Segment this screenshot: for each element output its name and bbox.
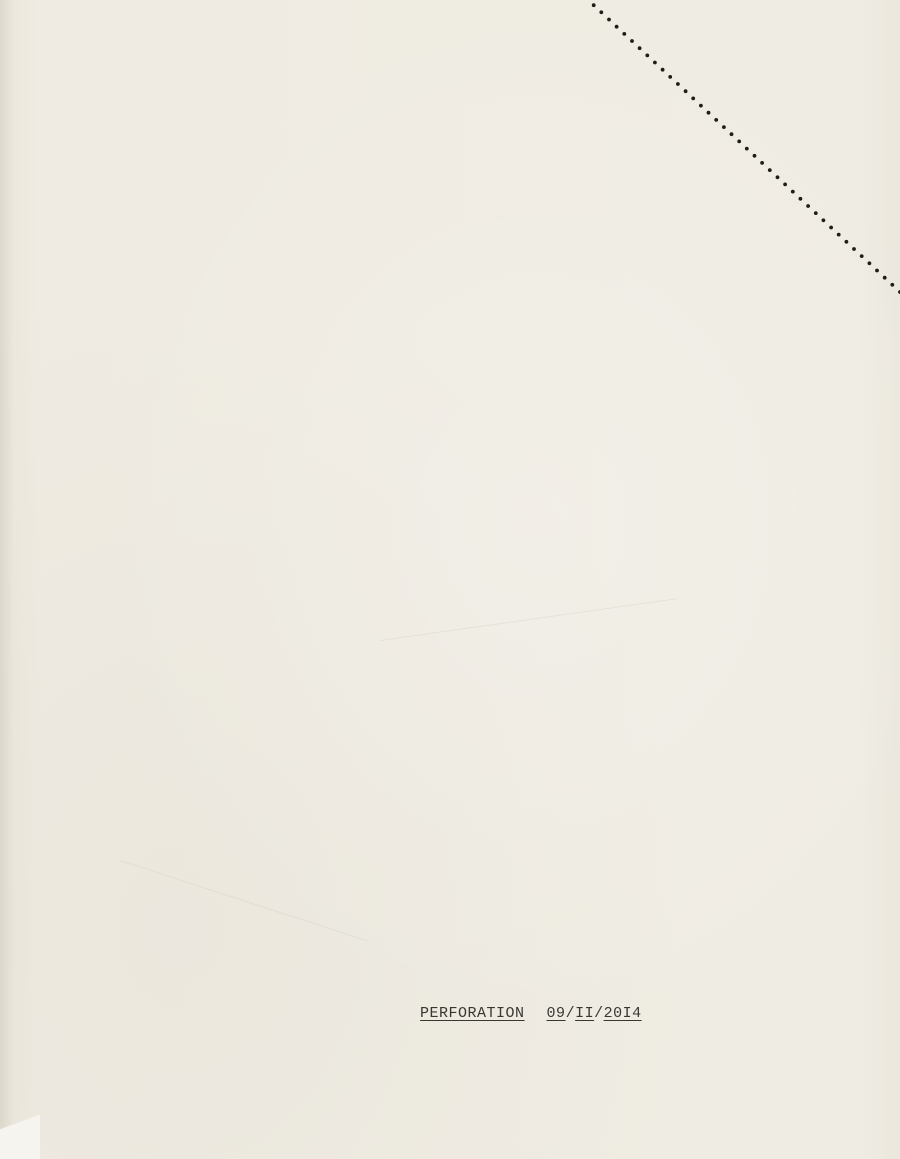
perforation-dot <box>622 32 626 36</box>
perforation-dot <box>684 89 688 93</box>
perforation-dot <box>737 140 741 144</box>
perforation-dot <box>845 240 849 244</box>
perforation-dot <box>707 111 711 115</box>
caption-label: PERFORATION <box>420 1005 525 1022</box>
perforation-dot <box>691 97 695 101</box>
date-month: II <box>575 1005 594 1022</box>
typed-caption: PERFORATION09/II/20I4 <box>382 988 642 1039</box>
perforation-dot <box>592 3 596 7</box>
perforation-dot <box>676 82 680 86</box>
perforation-dot <box>653 61 657 65</box>
scanned-page: PERFORATION09/II/20I4 <box>0 0 900 1159</box>
perforation-dot <box>661 68 665 72</box>
perforation-dot <box>607 18 611 22</box>
perforation-dot <box>783 183 787 187</box>
date-sep-1: / <box>566 1005 576 1022</box>
perforation-dot <box>837 233 841 237</box>
perforation-dot <box>799 197 803 201</box>
perforation-dot <box>814 211 818 215</box>
perforation-dot <box>768 168 772 172</box>
perforation-dot <box>890 283 894 287</box>
perforation-dot <box>852 247 856 251</box>
perforation-dot <box>791 190 795 194</box>
date-day: 09 <box>547 1005 566 1022</box>
perforation-dot <box>875 269 879 273</box>
perforation-dot <box>829 226 833 230</box>
perforation-dot <box>730 132 734 136</box>
perforation-dot <box>615 25 619 29</box>
perforation-dot <box>806 204 810 208</box>
perforation-dot <box>599 10 603 14</box>
perforation-dot <box>760 161 764 165</box>
perforation-dot <box>722 125 726 129</box>
perforation-dot <box>645 54 649 58</box>
perforation-dot <box>638 46 642 50</box>
perforation-dot <box>745 147 749 151</box>
perforation-dot <box>883 276 887 280</box>
perforation-dot <box>776 175 780 179</box>
perforation-dot <box>630 39 634 43</box>
perforation-dot <box>753 154 757 158</box>
perforation-dot <box>668 75 672 79</box>
perforation-dot <box>714 118 718 122</box>
perforation-dot <box>822 218 826 222</box>
date-sep-2: / <box>594 1005 604 1022</box>
paper-crease <box>120 860 368 941</box>
perforation-dot <box>868 261 872 265</box>
date-year: 20I4 <box>604 1005 642 1022</box>
perforation-line <box>0 0 900 1159</box>
perforation-dot <box>699 104 703 108</box>
perforation-dot <box>860 254 864 258</box>
page-corner <box>0 1099 40 1159</box>
paper-crease <box>380 598 677 641</box>
